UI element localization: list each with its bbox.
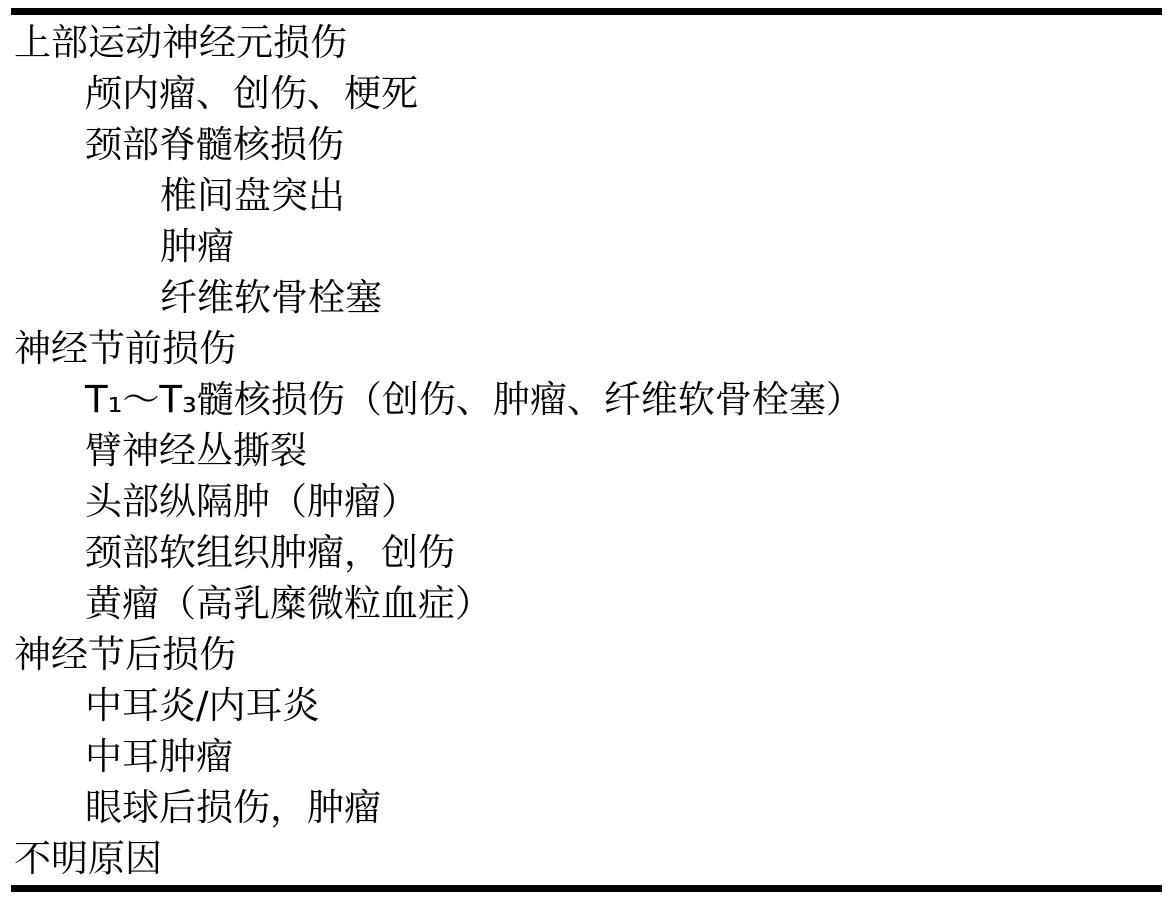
list-item: 神经节后损伤 [11, 629, 1162, 680]
list-item: 颅内瘤、创伤、梗死 [11, 68, 1162, 119]
list-item: 中耳肿瘤 [11, 731, 1162, 782]
list-item: 神经节前损伤 [11, 323, 1162, 374]
list-item: 眼球后损伤，肿瘤 [11, 782, 1162, 833]
list-item: 肿瘤 [11, 221, 1162, 272]
table-bottom-border [11, 885, 1162, 892]
list-item: 中耳炎/内耳炎 [11, 680, 1162, 731]
list-item: 纤维软骨栓塞 [11, 272, 1162, 323]
lesion-list: 上部运动神经元损伤颅内瘤、创伤、梗死颈部脊髓核损伤椎间盘突出肿瘤纤维软骨栓塞神经… [11, 15, 1162, 885]
list-item: 臂神经丛撕裂 [11, 425, 1162, 476]
list-item: T₁～T₃髓核损伤（创伤、肿瘤、纤维软骨栓塞） [11, 374, 1162, 425]
list-item: 颈部脊髓核损伤 [11, 119, 1162, 170]
etiology-table: 上部运动神经元损伤颅内瘤、创伤、梗死颈部脊髓核损伤椎间盘突出肿瘤纤维软骨栓塞神经… [11, 8, 1162, 892]
list-item: 黄瘤（高乳糜微粒血症） [11, 578, 1162, 629]
table-top-border [11, 8, 1162, 15]
list-item: 椎间盘突出 [11, 170, 1162, 221]
list-item: 头部纵隔肿（肿瘤） [11, 476, 1162, 527]
list-item: 颈部软组织肿瘤，创伤 [11, 527, 1162, 578]
list-item: 不明原因 [11, 833, 1162, 884]
list-item: 上部运动神经元损伤 [11, 17, 1162, 68]
